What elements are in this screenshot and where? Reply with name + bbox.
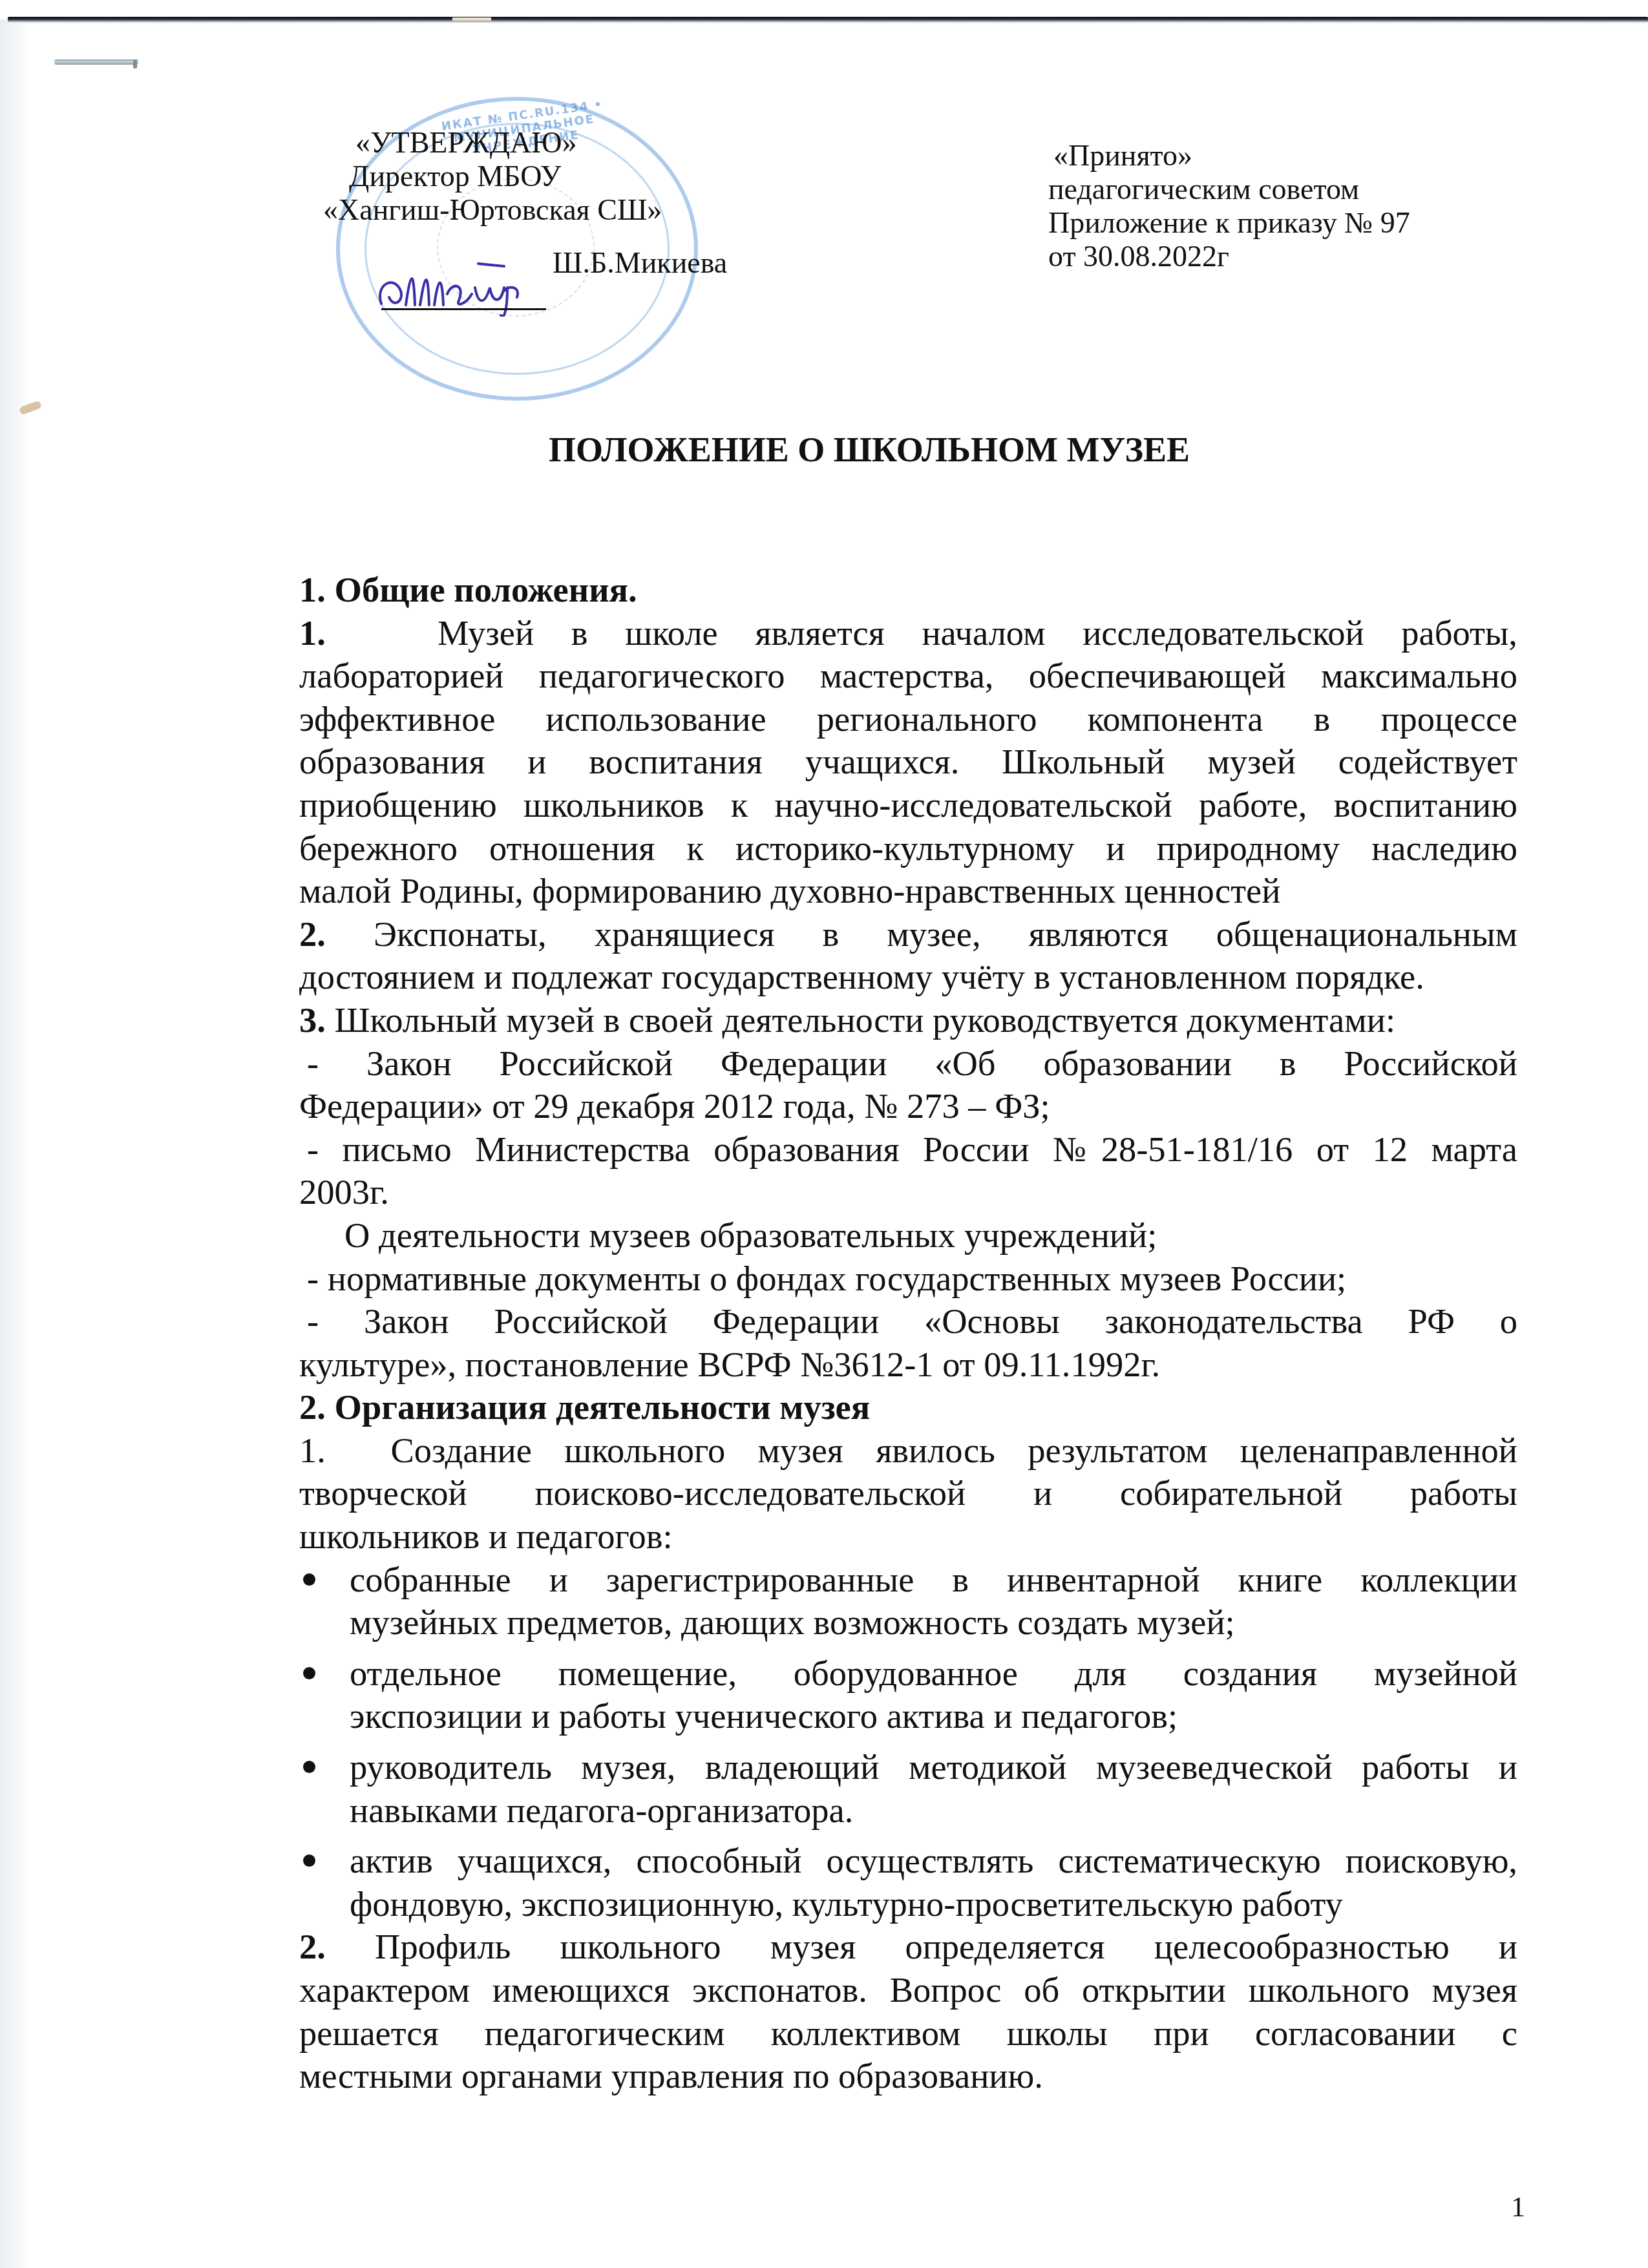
document-list-item: культуре», постановление ВСРФ №3612-1 от… [299, 1343, 1517, 1387]
approval-title: «УТВЕРЖДАЮ» [317, 126, 727, 160]
paragraph-1-2-line: 2. Экспонаты, хранящиеся в музее, являют… [299, 913, 1517, 956]
paragraph-1-1-line: бережного отношения к историко-культурно… [299, 827, 1517, 870]
page-number: 1 [1511, 2190, 1525, 2223]
accepted-block: «Принято» педагогическим советом Приложе… [1048, 139, 1410, 273]
signature-line [381, 308, 546, 310]
document-list-item: - Закон Российской Федерации «Об образов… [299, 1042, 1517, 1086]
scan-top-edge [8, 17, 1648, 23]
accepted-by: педагогическим советом [1048, 173, 1410, 206]
accepted-date: от 30.08.2022г [1048, 240, 1410, 273]
document-list-item: - Закон Российской Федерации «Основы зак… [299, 1300, 1517, 1343]
approval-school: «Хангиш-Юртовская СШ» [317, 193, 727, 227]
accepted-title: «Принято» [1048, 139, 1410, 173]
document-list-item: - письмо Министерства образования России… [299, 1128, 1517, 1171]
paragraph-1-1-line: 1. Музей в школе является началом исслед… [299, 612, 1517, 655]
paragraph-2-2-line: решается педагогическим коллективом школ… [299, 2012, 1517, 2055]
paragraph-1-1-line: лабораторией педагогического мастерства,… [299, 655, 1517, 698]
document-title: ПОЛОЖЕНИЕ О ШКОЛЬНОМ МУЗЕЕ [0, 430, 1648, 470]
accepted-order: Приложение к приказу № 97 [1048, 206, 1410, 240]
paragraph-number: 2. [299, 914, 326, 954]
bullet-list-item: отдельное помещение, оборудованное для с… [299, 1652, 1517, 1738]
bullet-icon [303, 1573, 315, 1586]
bullet-icon [303, 1854, 315, 1867]
paragraph-1-1-line: малой Родины, формированию духовно-нравс… [299, 870, 1517, 913]
staple-hook [133, 59, 137, 68]
bullet-icon [303, 1761, 315, 1773]
paragraph-2-2-line: 2. Профиль школьного музея определяется … [299, 1926, 1517, 1969]
paragraph-number: 1. [299, 1431, 326, 1470]
approval-block: «УТВЕРЖДАЮ» Директор МБОУ «Хангиш-Юртовс… [317, 126, 727, 280]
paragraph-2-2-line: характером имеющихся экспонатов. Вопрос … [299, 1969, 1517, 2012]
bullet-list-item: руководитель музея, владеющий методикой … [299, 1746, 1517, 1832]
paragraph-1-3-line: 3. Школьный музей в своей деятельности р… [299, 999, 1517, 1042]
bullet-icon [303, 1667, 315, 1679]
paragraph-2-2-line: местными органами управления по образова… [299, 2055, 1517, 2098]
bullet-list-item: актив учащихся, способный осуществлять с… [299, 1840, 1517, 1926]
section-1-heading: 1. Общие положения. [299, 569, 1517, 612]
paragraph-1-1-line: образования и воспитания учащихся. Школь… [299, 740, 1517, 784]
paragraph-1-1-line: приобщению школьников к научно-исследова… [299, 784, 1517, 827]
document-list-item: - нормативные документы о фондах государ… [299, 1257, 1517, 1301]
paragraph-number: 1. [299, 613, 326, 653]
scan-left-edge [0, 19, 31, 2268]
bullet-list-item: собранные и зарегистрированные в инвента… [299, 1559, 1517, 1644]
section-2-heading: 2. Организация деятельности музея [299, 1386, 1517, 1429]
document-list-item: Федерации» от 29 декабря 2012 года, № 27… [299, 1085, 1517, 1128]
document-list-item: О деятельности музеев образовательных уч… [299, 1214, 1517, 1257]
staple-icon [54, 59, 138, 65]
paragraph-number: 2. [299, 1927, 326, 1966]
scan-top-edge-highlight [452, 17, 491, 21]
paragraph-1-2-line: достоянием и подлежат государственному у… [299, 956, 1517, 999]
document-list-item: 2003г. [299, 1171, 1517, 1214]
paragraph-2-1-line: школьников и педагогов: [299, 1515, 1517, 1559]
paragraph-number: 3. [299, 1000, 326, 1040]
approval-position: Директор МБОУ [317, 160, 727, 193]
document-body: 1. Общие положения. 1. Музей в школе явл… [299, 569, 1517, 2098]
paragraph-2-1-line: творческой поисково-исследовательской и … [299, 1472, 1517, 1515]
paragraph-2-1-line: 1. Создание школьного музея явилось резу… [299, 1429, 1517, 1473]
paragraph-1-1-line: эффективное использование регионального … [299, 698, 1517, 741]
